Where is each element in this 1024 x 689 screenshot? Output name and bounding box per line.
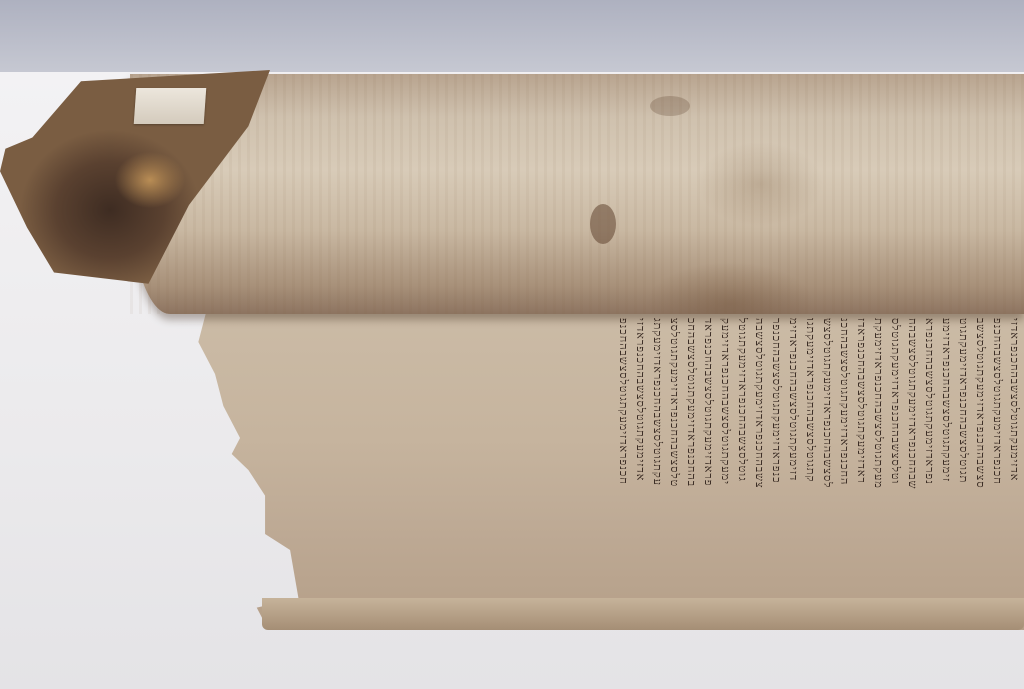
- text-column: לסצשבהחכנפראדזימעקתגוטלסצש: [822, 318, 833, 603]
- stain: [590, 204, 616, 244]
- text-column: ימעקתגוטלסצשבהחכנפראדזימעק: [720, 318, 731, 603]
- hebrew-text-columns: אדזימעקתגוטלסצשבהחכנפראדזיחכנפראדזימעקתג…: [200, 318, 1020, 603]
- text-column: גוטלסצשבהחכנפראדזימעקתגוטל: [737, 318, 748, 603]
- text-column: ראדזימעקתגוטלסצשבהחכנפראדז: [856, 318, 867, 603]
- text-column: נפראדזימעקתגוטלסצשבהחכנפרא: [924, 318, 935, 603]
- text-column: מעקתגוטלסצשבהחכנפראדזימעקת: [873, 318, 884, 603]
- text-column: בהחכנפראדזימעקתגוטלסצשבהחכ: [686, 318, 697, 603]
- text-column: סצשבהחכנפראדזימעקתגוטלסצשב: [975, 318, 986, 603]
- text-column: אדזימעקתגוטלסצשבהחכנפראדזי: [635, 318, 646, 603]
- text-column: דזימעקתגוטלסצשבהחכנפראדזימ: [788, 318, 799, 603]
- text-column: צשבהחכנפראדזימעקתגוטלסצשבה: [754, 318, 765, 603]
- text-column: החכנפראדזימעקתגוטלסצשבהחכנ: [839, 318, 850, 603]
- text-column: עקתגוטלסצשבהחכנפראדזימעקתג: [652, 318, 663, 603]
- text-column: חכנפראדזימעקתגוטלסצשבהחכנפ: [992, 318, 1003, 603]
- text-column: אדזימעקתגוטלסצשבהחכנפראדזי: [1009, 318, 1020, 603]
- text-column: וטלסצשבהחכנפראדזימעקתגוטלס: [890, 318, 901, 603]
- paper-label-tab: [134, 88, 207, 124]
- rolled-scroll: [130, 74, 1024, 314]
- text-column: תגוטלסצשבהחכנפראדזימעקתגוט: [958, 318, 969, 603]
- text-column: פראדזימעקתגוטלסצשבהחכנפראד: [703, 318, 714, 603]
- text-column: זימעקתגוטלסצשבהחכנפראדזימע: [941, 318, 952, 603]
- text-column: שבהחכנפראדזימעקתגוטלסצשבהח: [907, 318, 918, 603]
- background-wall: [0, 0, 1024, 72]
- text-column: כנפראדזימעקתגוטלסצשבהחכנפר: [771, 318, 782, 603]
- stain: [650, 96, 690, 116]
- text-column: קתגוטלסצשבהחכנפראדזימעקתגו: [805, 318, 816, 603]
- text-column: חכנפראדזימעקתגוטלסצשבהחכנפ: [618, 318, 629, 603]
- text-column: טלסצשבהחכנפראדזימעקתגוטלסצ: [669, 318, 680, 603]
